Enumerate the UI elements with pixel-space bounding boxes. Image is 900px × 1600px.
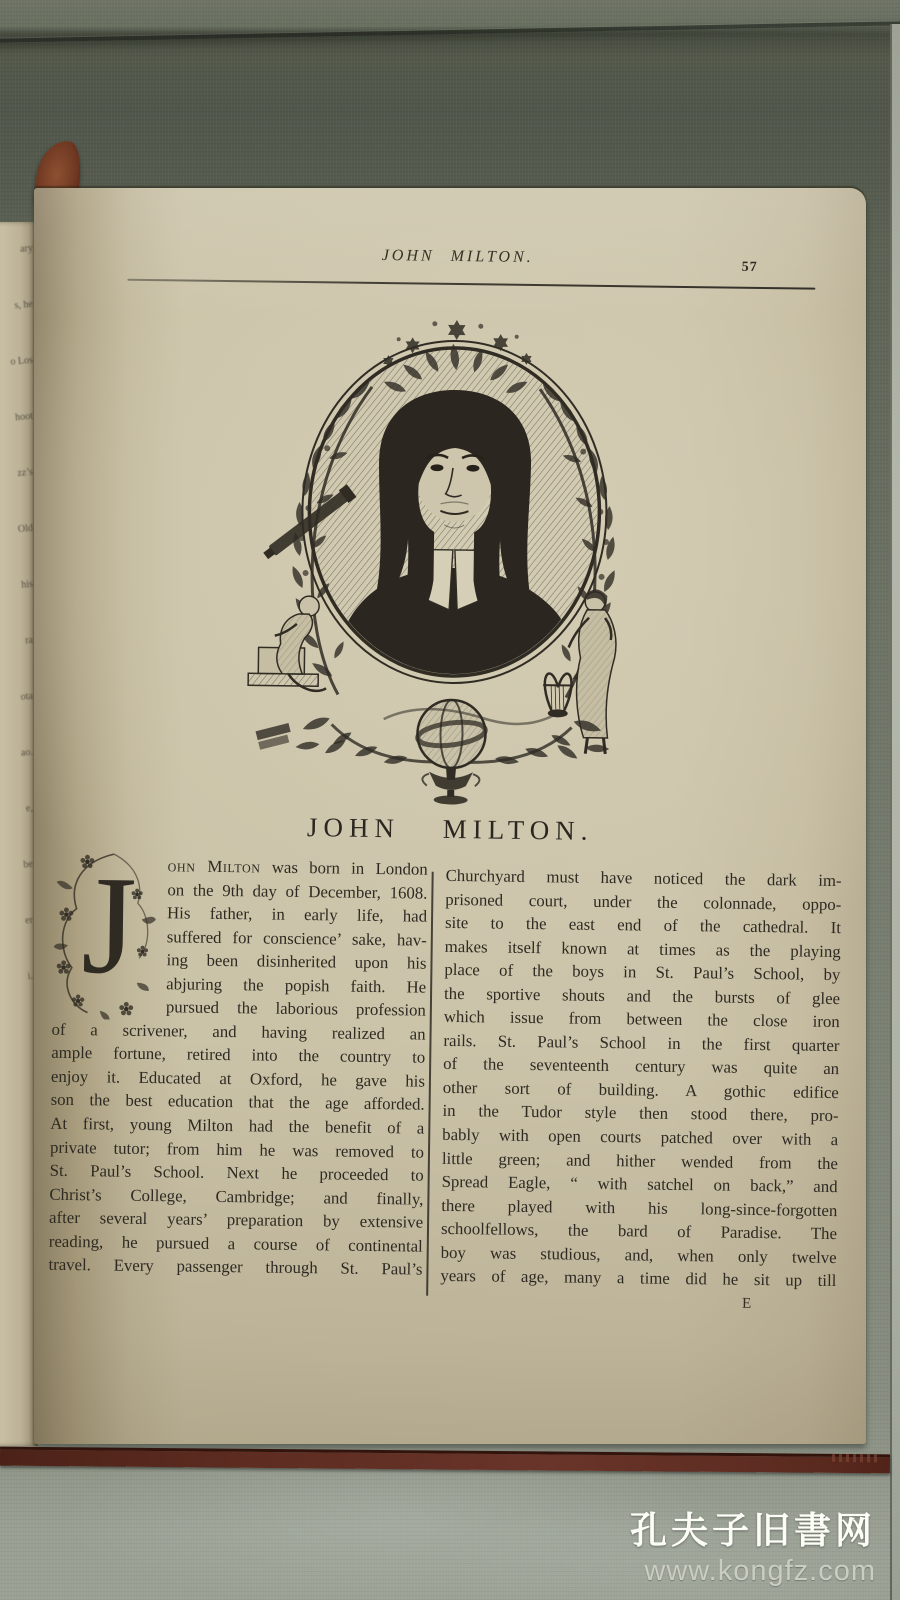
edge-text-fragment: Old <box>0 500 38 559</box>
edge-text-fragment: ota <box>0 668 38 727</box>
text-line: His father, in early life, had <box>167 901 427 928</box>
article-title: JOHN MILTON. <box>34 809 866 851</box>
edge-text-fragment: ra <box>0 612 38 671</box>
edge-text-fragment: ary <box>0 222 38 280</box>
lead-small-caps: ohn Milton <box>168 856 261 876</box>
edge-text-fragment: zz’s <box>0 444 38 503</box>
text-line: ing been disinherited upon his <box>166 948 426 975</box>
edge-text-fragment: e, <box>0 780 38 839</box>
edge-text-fragment: o Los <box>0 332 38 391</box>
header-rule <box>127 279 815 290</box>
edge-text-fragment: ao. <box>0 724 38 783</box>
right-edge-object <box>890 24 900 1600</box>
svg-text:J: J <box>81 848 138 1004</box>
text-line: years of age, many a time did he sit up … <box>440 1264 836 1293</box>
watermark-site-url: www.kongfz.com <box>630 1555 876 1588</box>
edge-text-fragment: his <box>0 556 38 615</box>
printed-page-content: JOHN MILTON. 57 <box>26 183 874 1450</box>
watermark: 孔夫子旧書网 www.kongfz.com <box>630 1500 876 1588</box>
lyre-ornament <box>543 673 574 717</box>
text-line: ohn Milton was born in London <box>168 854 428 881</box>
text-line: pursued the laborious profession <box>166 996 426 1023</box>
ornate-drop-cap-J: J <box>51 847 163 1020</box>
watermark-site-name: 孔夫子旧書网 <box>630 1500 876 1554</box>
text-line: suffered for conscience’ sake, hav- <box>167 925 427 952</box>
text-line: on the 9th day of December, 1608. <box>167 878 427 905</box>
page-number: 57 <box>742 260 758 276</box>
printers-signature-mark: E <box>742 1296 751 1313</box>
column-divider-rule <box>426 872 433 1296</box>
text-line: abjuring the popish faith. He <box>166 972 426 999</box>
milton-portrait-engraving <box>233 297 676 809</box>
right-text-column: Churchyard must have noticed the dark im… <box>440 864 842 1293</box>
text-line: travel. Every passenger through St. Paul… <box>48 1253 422 1281</box>
books-ornament <box>256 723 294 750</box>
left-text-column: J ohn Milton was born in London on the 9… <box>48 853 428 1282</box>
book-page: JOHN MILTON. 57 <box>34 188 866 1444</box>
edge-text-fragment: s, he <box>0 276 38 335</box>
lead-rest: was born in London <box>260 857 427 878</box>
edge-text-fragment: be <box>0 836 38 895</box>
edge-text-fragment: hoot <box>0 388 38 447</box>
